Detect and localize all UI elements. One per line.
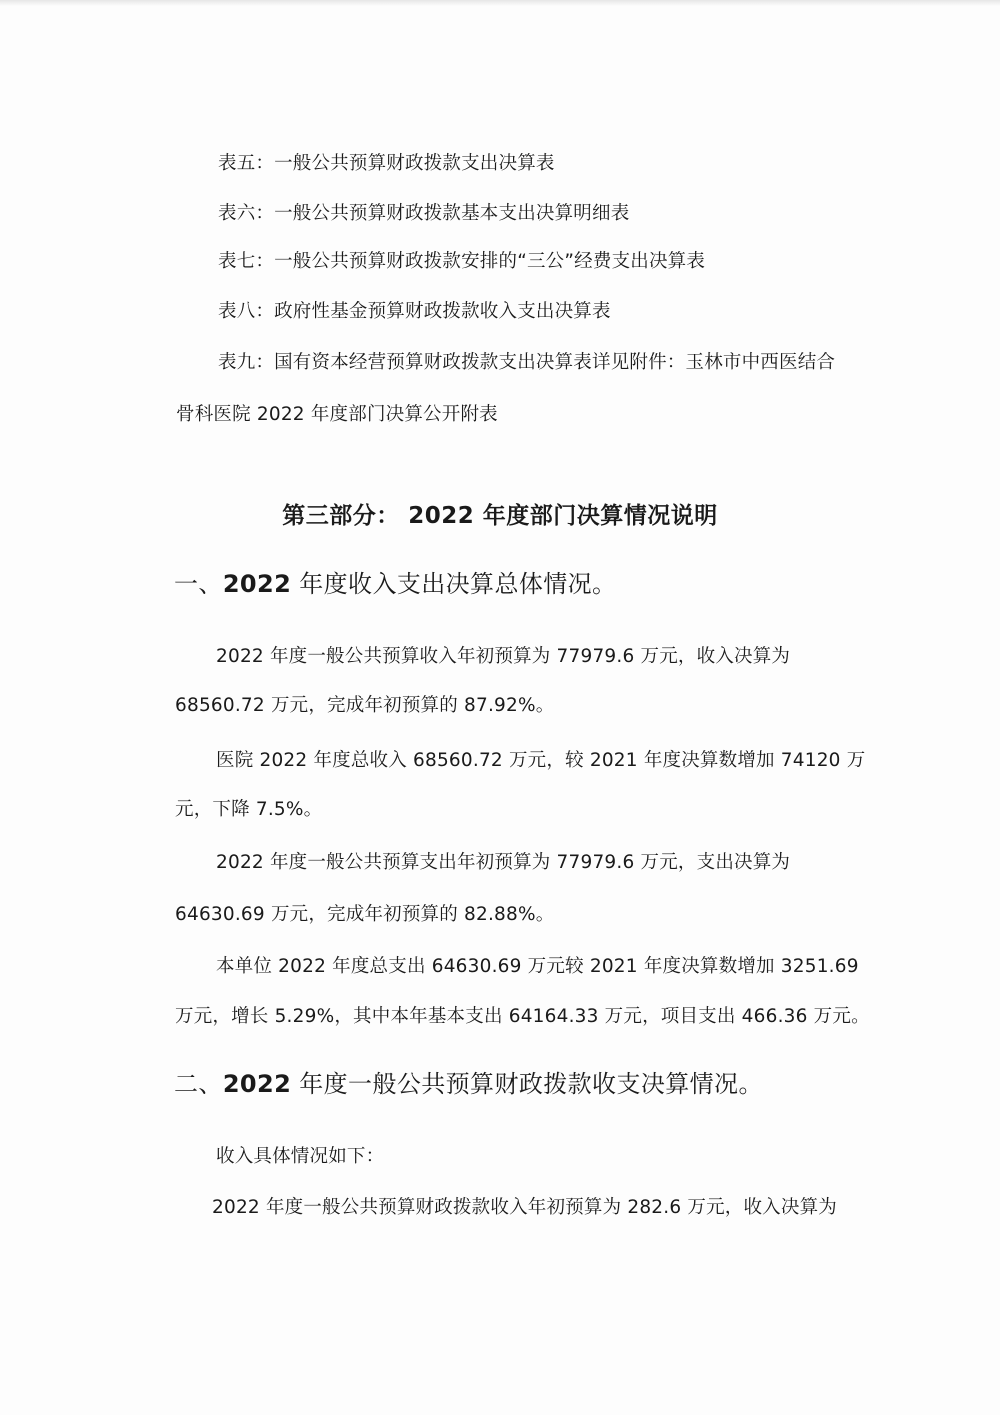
toc-item-table6: 表六：一般公共预算财政拨款基本支出决算明细表: [218, 202, 629, 226]
section1-year: 2022: [223, 570, 291, 598]
paragraph-line: 2022 年度一般公共预算财政拨款收入年初预算为 282.6 万元，收入决算为: [212, 1196, 837, 1220]
paragraph-line: 68560.72 万元，完成年初预算的 87.92%。: [175, 694, 554, 718]
paragraph-line: 收入具体情况如下：: [216, 1145, 384, 1169]
scan-edge: [0, 0, 1000, 6]
paragraph-line: 万元，增长 5.29%，其中本年基本支出 64164.33 万元，项目支出 46…: [175, 1005, 870, 1029]
toc-item-table9: 表九：国有资本经营预算财政拨款支出决算表详见附件：玉林市中西医结合: [218, 351, 835, 375]
toc-item-table9-continued: 骨科医院 2022 年度部门决算公开附表: [176, 403, 498, 427]
section1-prefix: 一、: [174, 570, 223, 598]
section2-heading: 二、2022 年度一般公共预算财政拨款收支决算情况。: [174, 1069, 763, 1099]
part-title: 第三部分： 2022 年度部门决算情况说明: [0, 497, 1000, 530]
paragraph-line: 64630.69 万元，完成年初预算的 82.88%。: [175, 903, 554, 927]
section2-heading-text: 年度一般公共预算财政拨款收支决算情况。: [291, 1070, 763, 1098]
toc-item-table8: 表八：政府性基金预算财政拨款收入支出决算表: [218, 300, 611, 324]
section1-heading-text: 年度收入支出决算总体情况。: [291, 570, 616, 598]
section2-year: 2022: [223, 1070, 291, 1098]
toc-item-table7: 表七：一般公共预算财政拨款安排的“三公”经费支出决算表: [218, 250, 705, 274]
paragraph-line: 元，下降 7.5%。: [175, 798, 322, 822]
section2-prefix: 二、: [174, 1070, 223, 1098]
paragraph-line: 医院 2022 年度总收入 68560.72 万元，较 2021 年度决算数增加…: [216, 749, 865, 773]
paragraph-line: 2022 年度一般公共预算收入年初预算为 77979.6 万元，收入决算为: [216, 645, 790, 669]
toc-item-table5: 表五：一般公共预算财政拨款支出决算表: [218, 152, 555, 176]
paragraph-line: 本单位 2022 年度总支出 64630.69 万元较 2021 年度决算数增加…: [216, 955, 859, 979]
document-page: 表五：一般公共预算财政拨款支出决算表 表六：一般公共预算财政拨款基本支出决算明细…: [0, 0, 1000, 1415]
paragraph-line: 2022 年度一般公共预算支出年初预算为 77979.6 万元，支出决算为: [216, 851, 790, 875]
section1-heading: 一、2022 年度收入支出决算总体情况。: [174, 569, 616, 599]
